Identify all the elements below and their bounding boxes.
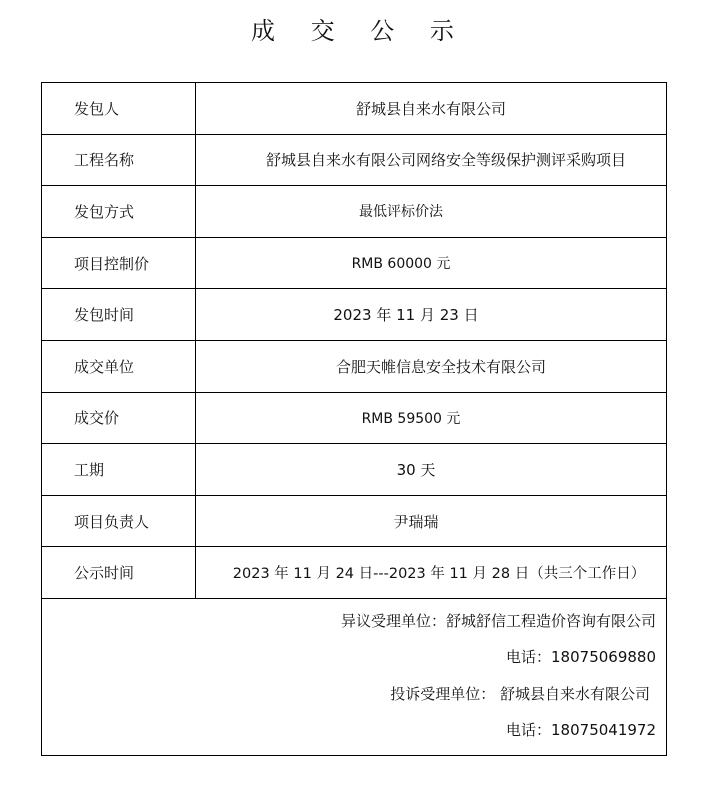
complaint-unit: 投诉受理单位： 舒城县自来水有限公司 [42, 676, 656, 713]
row-value: 尹瑞瑞 [196, 496, 666, 547]
row-label: 发包人 [42, 83, 196, 134]
row-value: 2023 年 11 月 23 日 [196, 289, 666, 340]
row-value: 2023 年 11 月 24 日---2023 年 11 月 28 日（共三个工… [196, 547, 666, 598]
row-value: 合肥天帷信息安全技术有限公司 [196, 341, 666, 392]
row-label: 发包时间 [42, 289, 196, 340]
row-label: 公示时间 [42, 547, 196, 598]
complaint-phone: 电话：18075041972 [42, 712, 656, 749]
row-value: 舒城县自来水有限公司 [196, 83, 666, 134]
table-row-deal-price: 成交价 RMB 59500 元 [42, 393, 666, 445]
row-label: 发包方式 [42, 186, 196, 237]
table-row-duration: 工期 30 天 [42, 444, 666, 496]
row-value: 舒城县自来水有限公司网络安全等级保护测评采购项目 [196, 135, 666, 186]
row-value: RMB 59500 元 [196, 393, 666, 444]
row-value: RMB 60000 元 [196, 238, 666, 289]
table-row-publicity-period: 公示时间 2023 年 11 月 24 日---2023 年 11 月 28 日… [42, 547, 666, 599]
table-row-method: 发包方式 最低评标价法 [42, 186, 666, 238]
table-row-control-price: 项目控制价 RMB 60000 元 [42, 238, 666, 290]
row-label: 项目控制价 [42, 238, 196, 289]
table-row-date: 发包时间 2023 年 11 月 23 日 [42, 289, 666, 341]
row-label: 工程名称 [42, 135, 196, 186]
table-row-project-name: 工程名称 舒城县自来水有限公司网络安全等级保护测评采购项目 [42, 135, 666, 187]
page-title: 成 交 公 示 [0, 14, 705, 48]
table-row-winner: 成交单位 合肥天帷信息安全技术有限公司 [42, 341, 666, 393]
objection-unit: 异议受理单位：舒城舒信工程造价咨询有限公司 [42, 603, 656, 640]
row-label: 成交单位 [42, 341, 196, 392]
row-label: 成交价 [42, 393, 196, 444]
row-label: 工期 [42, 444, 196, 495]
row-value: 30 天 [196, 444, 666, 495]
row-value: 最低评标价法 [196, 186, 666, 237]
objection-phone: 电话：18075069880 [42, 639, 656, 676]
row-label: 项目负责人 [42, 496, 196, 547]
announcement-table: 发包人 舒城县自来水有限公司 工程名称 舒城县自来水有限公司网络安全等级保护测评… [41, 82, 667, 756]
table-row-contractor: 发包人 舒城县自来水有限公司 [42, 83, 666, 135]
table-row-manager: 项目负责人 尹瑞瑞 [42, 496, 666, 548]
contact-section: 异议受理单位：舒城舒信工程造价咨询有限公司 电话：18075069880 投诉受… [42, 599, 666, 755]
